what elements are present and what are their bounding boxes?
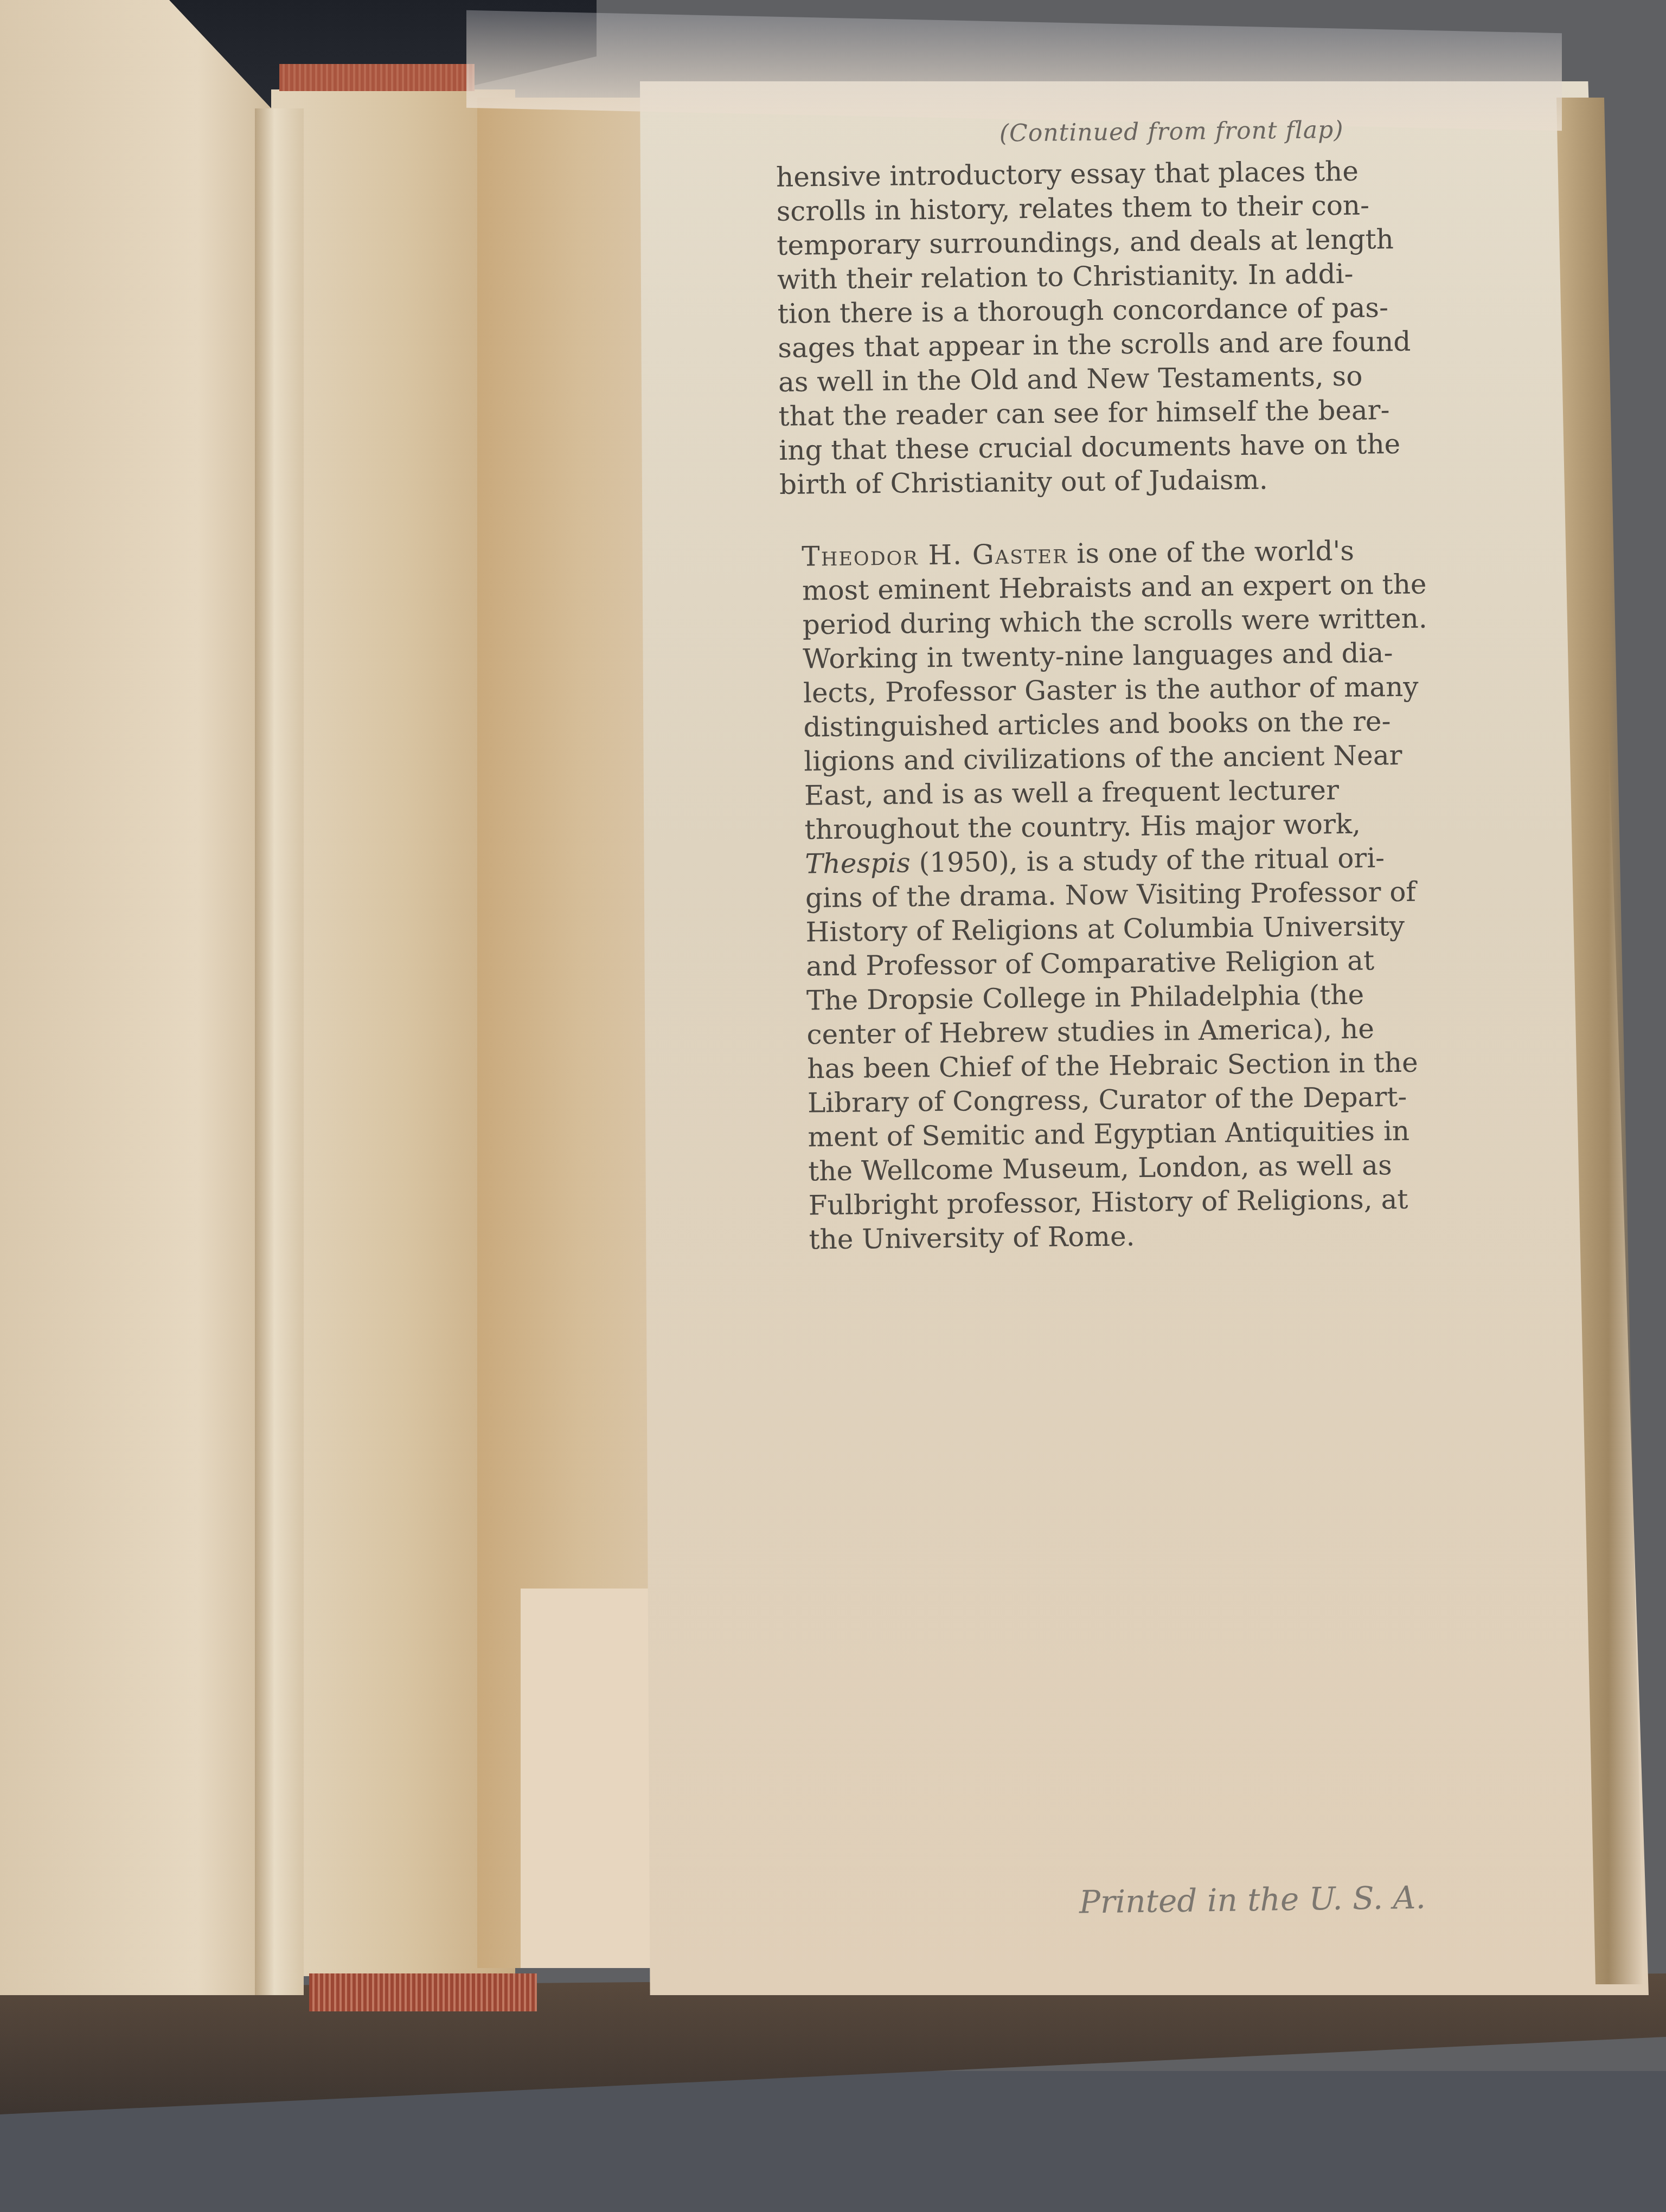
cloth-spine-bottom <box>309 1973 537 2011</box>
text-fragment: (1950), is a study of the ritual ori- <box>910 842 1385 878</box>
major-work-title: Thespis <box>805 847 911 879</box>
text-line: period during which the scrolls were wri… <box>802 601 1502 642</box>
text-line: ligions and civilizations of the ancient… <box>804 737 1504 779</box>
description-paragraph: hensive introductory essay that places t… <box>776 153 1501 502</box>
author-bio-paragraph: Theodor H. Gaster is one of the world's … <box>780 532 1509 1257</box>
text-fragment: is one of the world's <box>1068 535 1354 570</box>
text-line: History of Religions at Columbia Univers… <box>805 908 1505 950</box>
text-line: birth of Christianity out of Judaism. <box>779 460 1501 502</box>
text-line: lects, Professor Gaster is the author of… <box>803 669 1503 711</box>
gutter <box>255 108 304 1995</box>
author-name: Theodor H. Gaster <box>802 538 1068 572</box>
flap-text: (Continued from front flap) hensive intr… <box>776 114 1509 1257</box>
left-page <box>0 0 282 1995</box>
text-line: the University of Rome. <box>809 1216 1509 1257</box>
cloth-spine-top <box>279 64 475 91</box>
text-line: Fulbright professor, History of Religion… <box>809 1181 1509 1223</box>
printed-in-usa-footer: Printed in the U. S. A. <box>1079 1879 1426 1921</box>
